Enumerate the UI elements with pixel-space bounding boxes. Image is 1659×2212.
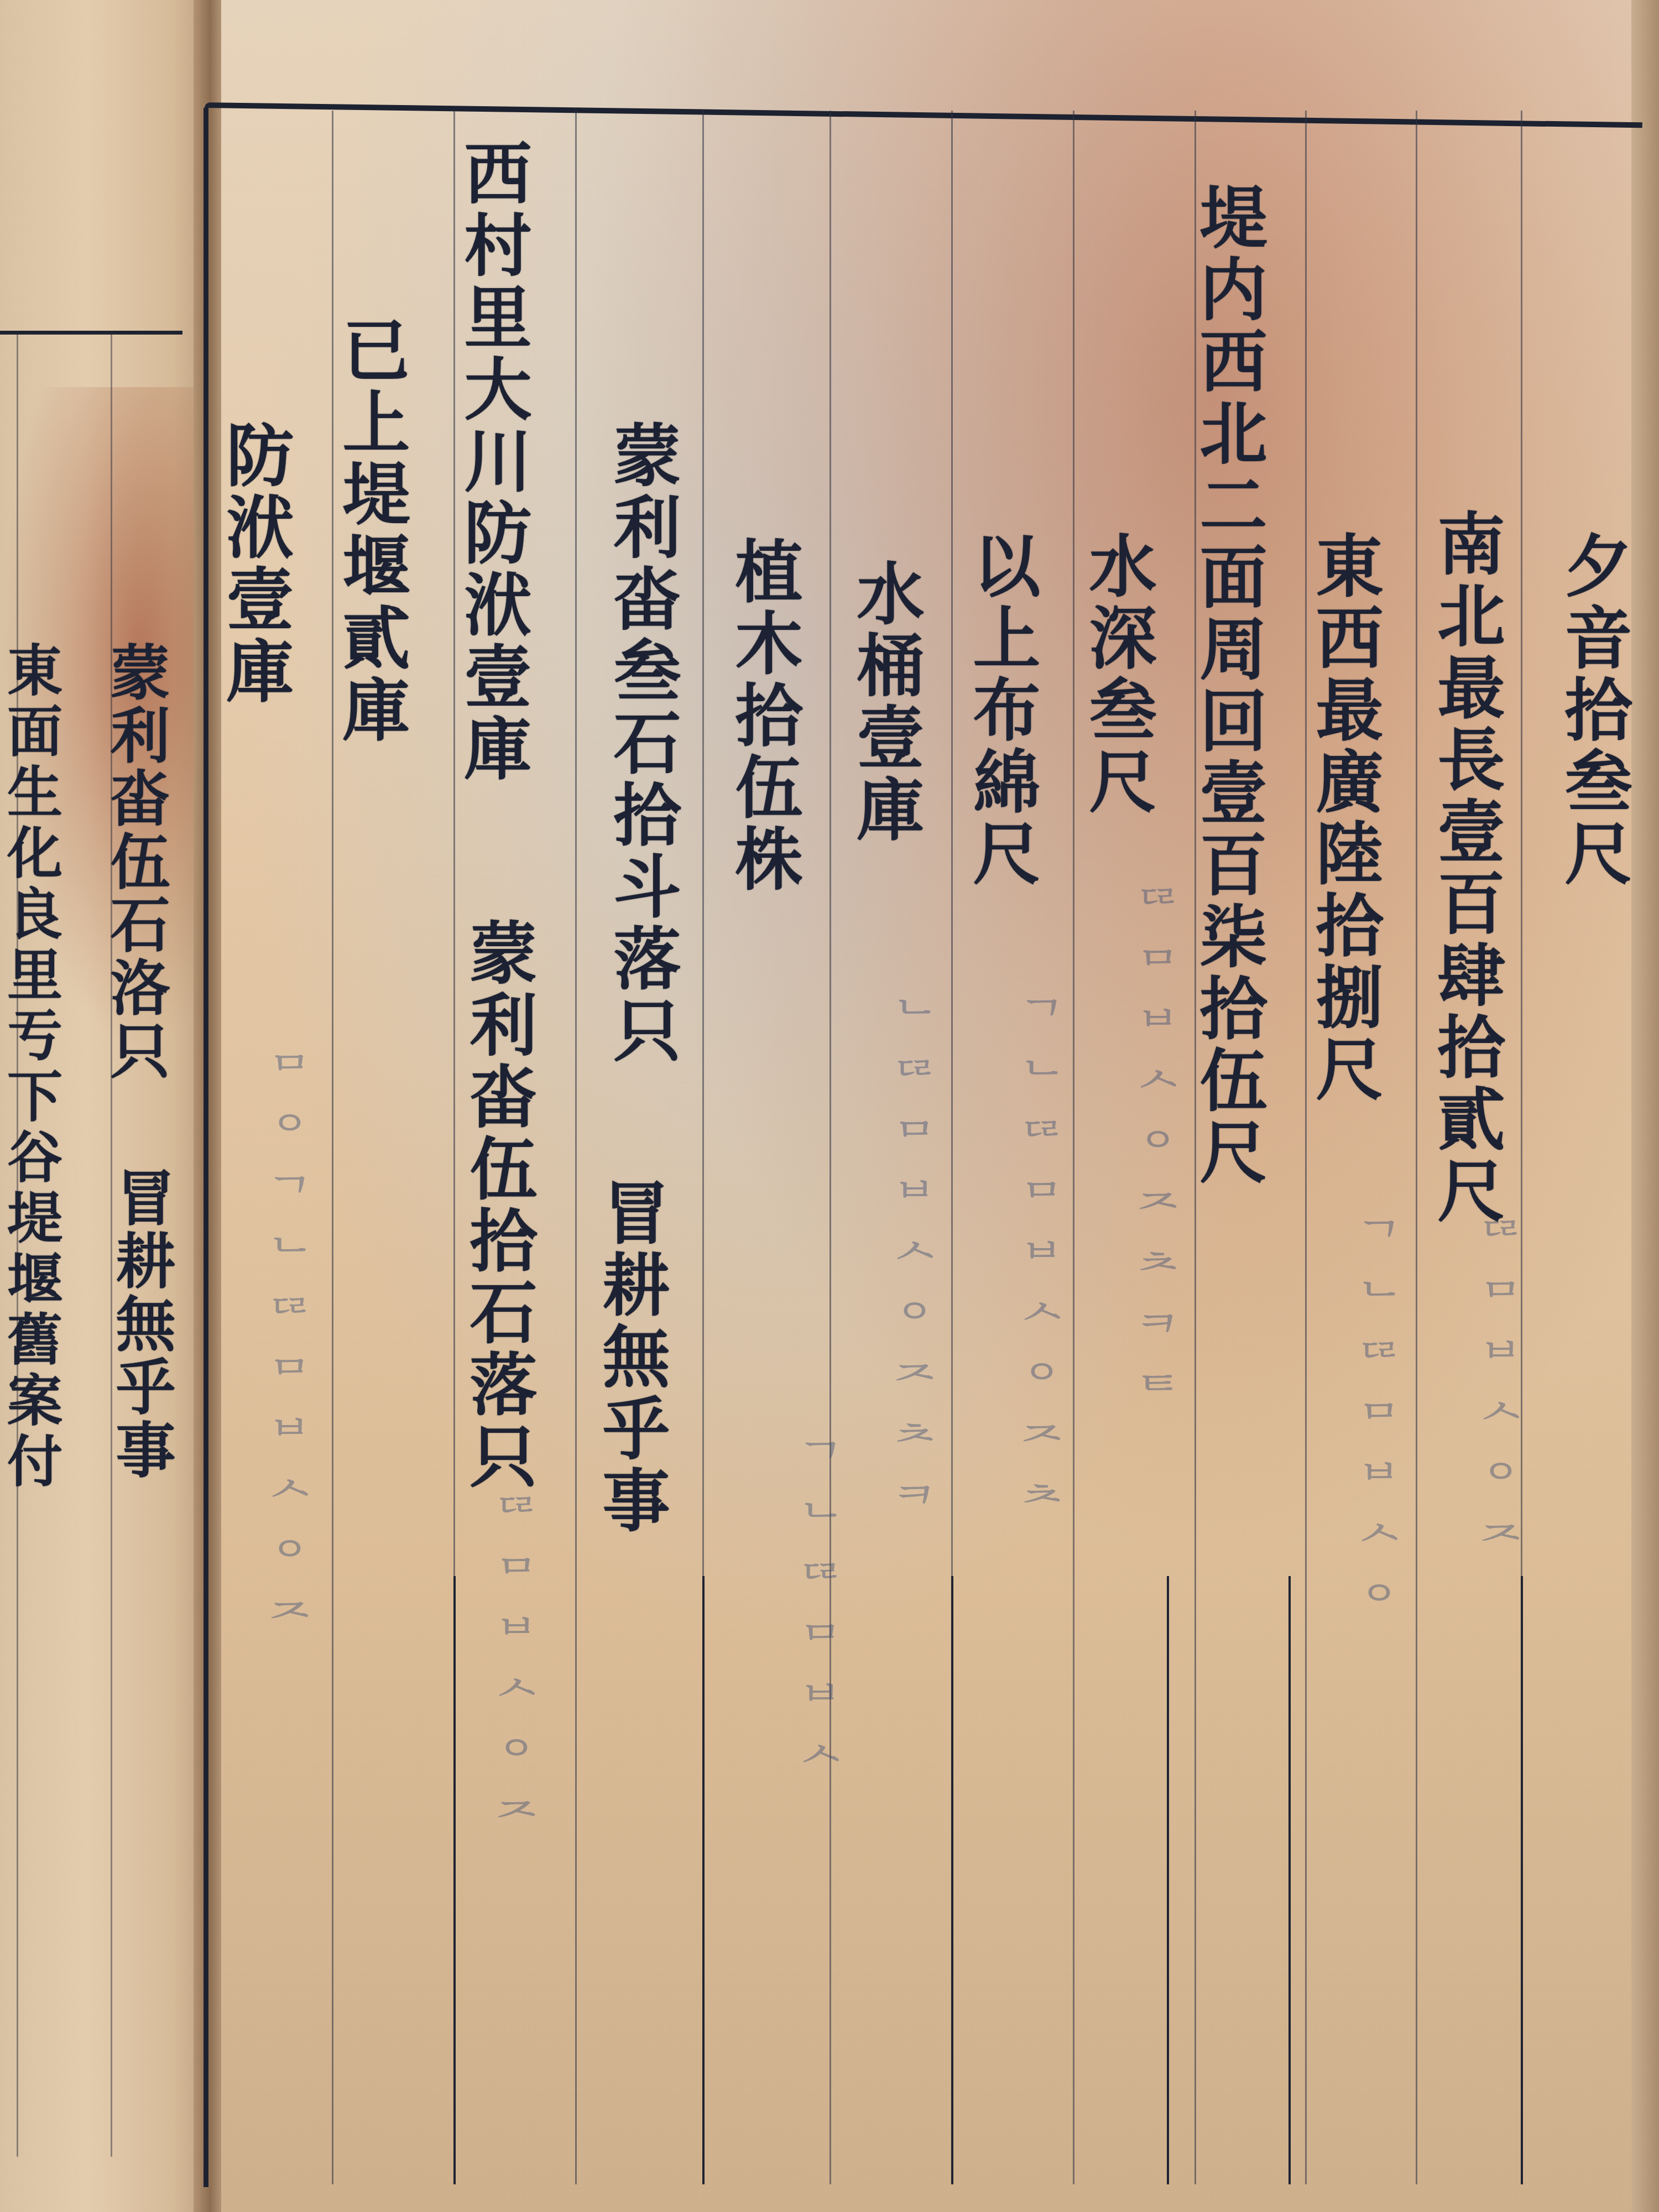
bleed-through-text: ᄆᄋᄀᄂᄃᄅᄆᄇᄉᄋᄌ (260, 1051, 311, 2184)
text-column: 水桶壹庫 (852, 559, 919, 846)
column-rule (702, 1576, 705, 2184)
bleed-through-text: ᄀᄂᄃᄅᄆᄇᄉᄋ (1349, 1217, 1400, 2184)
text-column: 植木拾伍株 (730, 536, 797, 896)
text-column: 蒙利畓伍石洛只 (105, 641, 165, 1083)
text-column: 堤内西北二面周回壹百柒拾伍尺 (1194, 182, 1262, 1189)
bleed-through-text: ᄃᄅᄆᄇᄉᄋᄌ (487, 1493, 538, 2184)
column-rule (1288, 1576, 1291, 2184)
column-rule (1305, 111, 1307, 2184)
manuscript-photo: ᄆᄋᄀᄂᄃᄅᄆᄇᄉᄋᄌ ᄃᄅᄆᄇᄉᄋᄌ ᄀᄂᄃᄅᄆᄇᄉ ᄂᄃᄅᄆᄇᄉᄋᄌᄎᄏ ᄀ… (0, 0, 1659, 2212)
text-column: 夕音拾叁尺 (1559, 531, 1627, 890)
text-column: 蒙利畓叁石拾斗落只 (608, 420, 676, 1067)
bleed-through-text: ᄀᄂᄃᄅᄆᄇᄉ (791, 1438, 842, 2184)
text-column: 西村里大川防洑壹庫 (459, 138, 526, 785)
text-column: 防洑壹庫 (221, 420, 289, 708)
text-column: 東面生化良里亐下谷堤堰舊案付 (3, 641, 58, 1493)
column-rule (1073, 111, 1074, 2184)
column-rule (1416, 111, 1417, 2184)
bleed-through-text: ᄂᄃᄅᄆᄇᄉᄋᄌᄎᄏ (885, 995, 936, 2184)
text-column: 蒙利畓伍拾石落只 (465, 918, 532, 1493)
text-column: 冒耕無乎事 (597, 1178, 665, 1537)
text-column: 冒耕無乎事 (111, 1167, 170, 1482)
text-column: 以上布綿尺 (968, 531, 1035, 890)
column-rule (453, 1576, 456, 2184)
text-column: 東西最廣陸拾捌尺 (1311, 531, 1378, 1106)
text-column: 南北最長壹百肆拾貳尺 (1432, 509, 1500, 1228)
bleed-through-text: ᄃᄅᄆᄇᄉᄋᄌ (1471, 1217, 1522, 2184)
bleed-through-text: ᄃᄅᄆᄇᄉᄋᄌᄎᄏᄐ (1128, 885, 1179, 2184)
column-rule (575, 111, 577, 2184)
page-left-border (204, 108, 208, 2187)
bleed-through-text: ᄀᄂᄃᄅᄆᄇᄉᄋᄌᄎ (1012, 995, 1063, 2184)
text-column: 已上堤堰貳庫 (337, 315, 405, 747)
column-rule (951, 1576, 953, 2184)
left-page-top-border (0, 331, 182, 335)
text-column: 水深叁尺 (1084, 531, 1151, 818)
page-edge (1631, 0, 1659, 2212)
